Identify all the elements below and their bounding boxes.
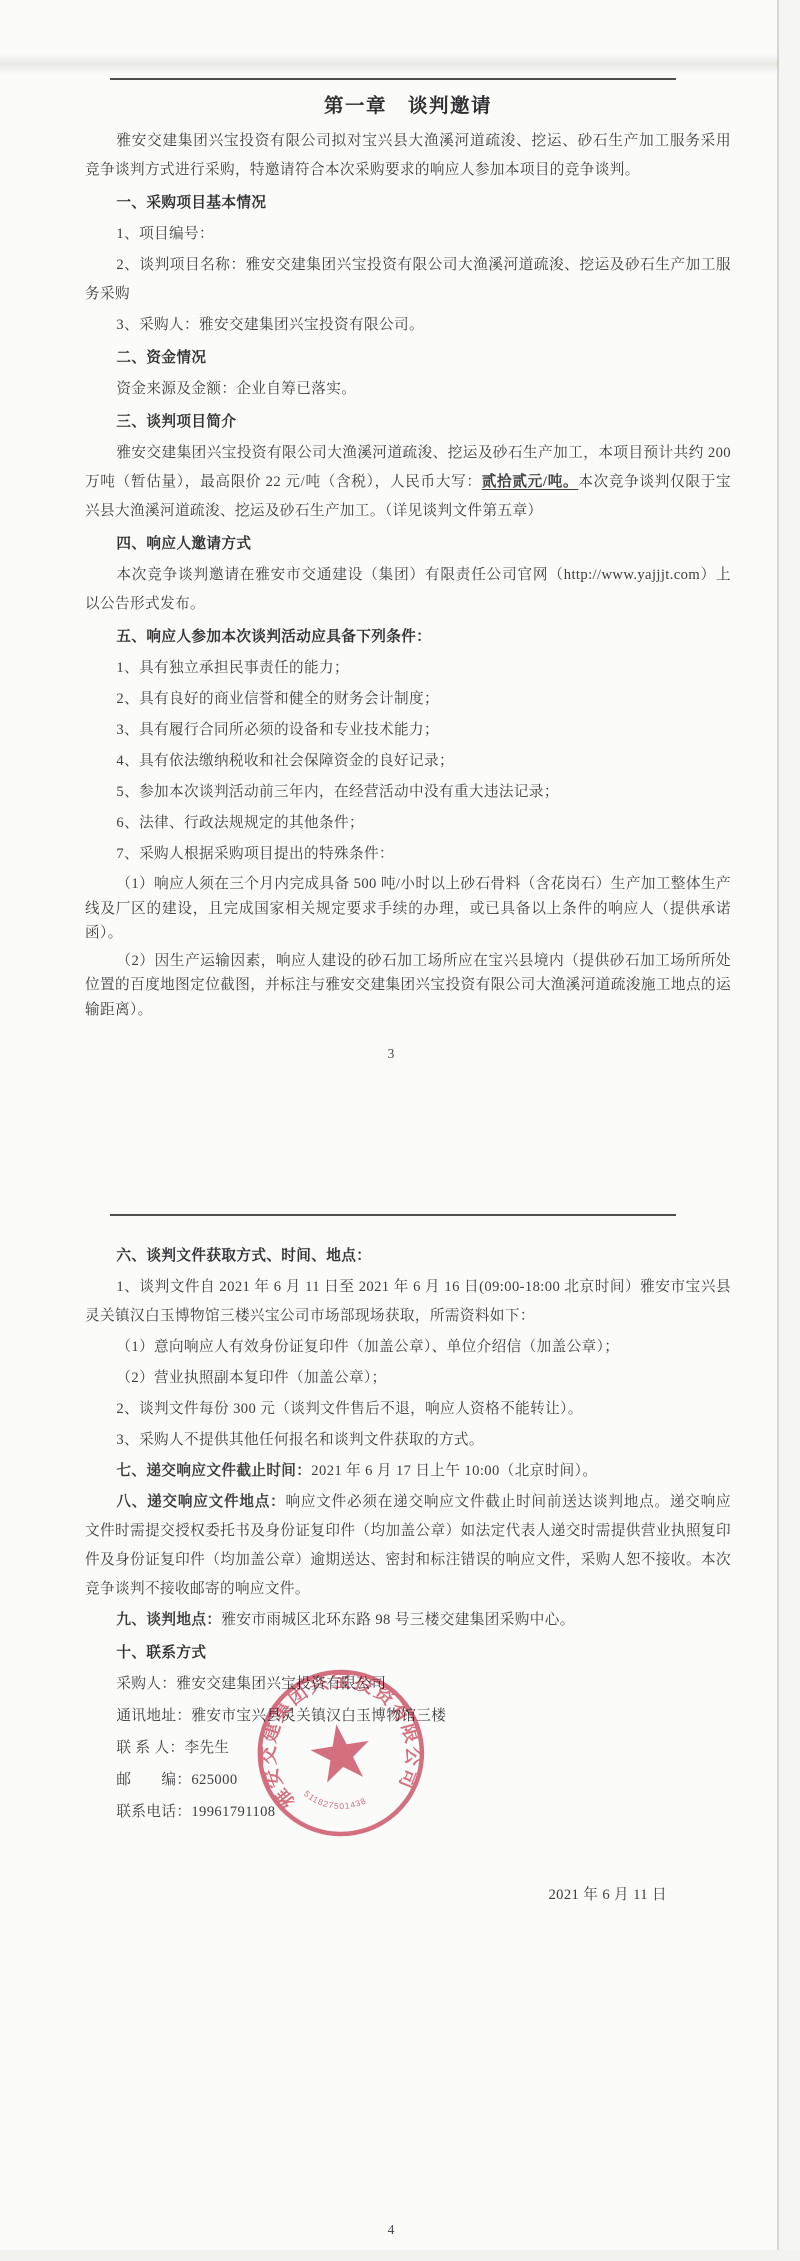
- page-1: 第一章 谈判邀请 雅安交建集团兴宝投资有限公司拟对宝兴县大渔溪河道疏浚、挖运、砂…: [85, 90, 731, 1025]
- text-run: 2、谈判项目名称：雅安交建集团兴宝投资有限公司大渔溪河道疏浚、挖运及砂石生产加工…: [85, 257, 731, 302]
- text-run: 6、法律、行政法规规定的其他条件；: [116, 815, 364, 831]
- section-heading: 二、资金情况: [85, 344, 731, 373]
- section-heading: 一、采购项目基本情况: [85, 189, 731, 218]
- page-number: 4: [85, 2222, 697, 2238]
- text-run: 雅安市雨城区北环东路 98 号三楼交建集团采购中心。: [221, 1612, 574, 1628]
- text-run: 本次竞争谈判邀请在雅安市交通建设（集团）有限责任公司官网（http://www.…: [85, 567, 731, 612]
- text-run: 八、递交响应文件地点：: [116, 1494, 285, 1510]
- scanned-document: 第一章 谈判邀请 雅安交建集团兴宝投资有限公司拟对宝兴县大渔溪河道疏浚、挖运、砂…: [0, 0, 800, 2261]
- document-date: 2021 年 6 月 11 日: [85, 1881, 731, 1910]
- text-run: （1）响应人须在三个月内完成具备 500 吨/小时以上砂石骨料（含花岗石）生产加…: [85, 876, 731, 941]
- text-run: 4、具有依法缴纳税收和社会保障资金的良好记录；: [116, 753, 454, 769]
- text-run: 资金来源及金额：企业自筹已落实。: [116, 381, 356, 397]
- paragraph: 1、项目编号：: [85, 220, 731, 249]
- text-run: 联系电话：19961791108: [116, 1804, 275, 1820]
- text-run: 贰拾贰元/吨。: [482, 474, 579, 490]
- paragraph: （1）意向响应人有效身份证复印件（加盖公章）、单位介绍信（加盖公章）；: [85, 1333, 731, 1362]
- text-run: 二、资金情况: [116, 350, 206, 366]
- paragraph: 2、具有良好的商业信誉和健全的财务会计制度；: [85, 685, 731, 714]
- paragraph: 6、法律、行政法规规定的其他条件；: [85, 809, 731, 838]
- paragraph: （2）因生产运输因素，响应人建设的砂石加工场所应在宝兴县境内（提供砂石加工场所所…: [85, 949, 731, 1023]
- text-run: 3、具有履行合同所必须的设备和专业技术能力；: [116, 722, 439, 738]
- paragraph: 5、参加本次谈判活动前三年内，在经营活动中没有重大违法记录；: [85, 778, 731, 807]
- text-run: （2）因生产运输因素，响应人建设的砂石加工场所应在宝兴县境内（提供砂石加工场所所…: [85, 953, 731, 1018]
- paragraph: 3、采购人：雅安交建集团兴宝投资有限公司。: [85, 311, 731, 340]
- text-run: 2、谈判文件每份 300 元（谈判文件售后不退，响应人资格不能转让）。: [116, 1401, 582, 1417]
- page-edge-line: [777, 0, 779, 2261]
- text-run: 联 系 人：李先生: [116, 1740, 229, 1756]
- text-run: 七、递交响应文件截止时间：: [116, 1463, 311, 1479]
- text-run: 五、响应人参加本次谈判活动应具备下列条件：: [116, 629, 431, 645]
- paragraph: 1、谈判文件自 2021 年 6 月 11 日至 2021 年 6 月 16 日…: [85, 1273, 731, 1331]
- paragraph: 本次竞争谈判邀请在雅安市交通建设（集团）有限责任公司官网（http://www.…: [85, 561, 731, 619]
- page-edge-shadow: [779, 0, 800, 2261]
- text-run: 7、采购人根据采购项目提出的特殊条件：: [116, 846, 394, 862]
- text-run: 三、谈判项目简介: [116, 414, 236, 430]
- paragraph: 八、递交响应文件地点：响应文件必须在递交响应文件截止时间前送达谈判地点。递交响应…: [85, 1488, 731, 1604]
- paragraph: 1、具有独立承担民事责任的能力；: [85, 654, 731, 683]
- paragraph: 九、谈判地点：雅安市雨城区北环东路 98 号三楼交建集团采购中心。: [85, 1606, 731, 1635]
- text-run: 雅安交建集团兴宝投资有限公司拟对宝兴县大渔溪河道疏浚、挖运、砂石生产加工服务采用…: [85, 133, 731, 178]
- chapter-title: 第一章 谈判邀请: [85, 90, 731, 118]
- text-run: 1、具有独立承担民事责任的能力；: [116, 660, 349, 676]
- text-run: 九、谈判地点：: [116, 1612, 221, 1628]
- paragraph: 4、具有依法缴纳税收和社会保障资金的良好记录；: [85, 747, 731, 776]
- page1-header-rule: [110, 78, 676, 80]
- scan-artifact-band: [0, 54, 800, 74]
- text-run: 2021 年 6 月 17 日上午 10:00（北京时间）。: [311, 1463, 597, 1479]
- text-run: 1、谈判文件自 2021 年 6 月 11 日至 2021 年 6 月 16 日…: [85, 1279, 731, 1324]
- section-heading: 六、谈判文件获取方式、时间、地点：: [85, 1242, 731, 1271]
- paragraph: 2、谈判项目名称：雅安交建集团兴宝投资有限公司大渔溪河道疏浚、挖运及砂石生产加工…: [85, 251, 731, 309]
- section-heading: 四、响应人邀请方式: [85, 530, 731, 559]
- text-run: 四、响应人邀请方式: [116, 536, 251, 552]
- text-run: （2）营业执照副本复印件（加盖公章）；: [116, 1370, 386, 1386]
- paragraph: 3、采购人不提供其他任何报名和谈判文件获取的方式。: [85, 1426, 731, 1455]
- paragraph: 2、谈判文件每份 300 元（谈判文件售后不退，响应人资格不能转让）。: [85, 1395, 731, 1424]
- star-icon: [307, 1720, 374, 1785]
- page-number: 3: [85, 1046, 697, 1062]
- scan-artifact-bottom: [0, 2250, 800, 2261]
- text-run: 十、联系方式: [116, 1645, 206, 1661]
- paragraph: 七、递交响应文件截止时间：2021 年 6 月 17 日上午 10:00（北京时…: [85, 1457, 731, 1486]
- text-run: 一、采购项目基本情况: [116, 195, 266, 211]
- paragraph: （1）响应人须在三个月内完成具备 500 吨/小时以上砂石骨料（含花岗石）生产加…: [85, 872, 731, 946]
- paragraph: 7、采购人根据采购项目提出的特殊条件：: [85, 840, 731, 869]
- text-run: 5、参加本次谈判活动前三年内，在经营活动中没有重大违法记录；: [116, 784, 559, 800]
- section-heading: 三、谈判项目简介: [85, 408, 731, 437]
- official-seal-stamp: 雅安交建集团兴宝投资有限公司 511827501438: [235, 1645, 447, 1863]
- text-run: （1）意向响应人有效身份证复印件（加盖公章）、单位介绍信（加盖公章）；: [116, 1339, 619, 1355]
- paragraph: 雅安交建集团兴宝投资有限公司拟对宝兴县大渔溪河道疏浚、挖运、砂石生产加工服务采用…: [85, 127, 731, 185]
- text-run: 六、谈判文件获取方式、时间、地点：: [116, 1248, 371, 1264]
- paragraph: 雅安交建集团兴宝投资有限公司大渔溪河道疏浚、挖运及砂石生产加工，本项目预计共约 …: [85, 439, 731, 526]
- text-run: 邮 编：625000: [116, 1772, 237, 1788]
- text-run: 3、采购人不提供其他任何报名和谈判文件获取的方式。: [116, 1432, 484, 1448]
- text-run: 1、项目编号：: [116, 226, 214, 242]
- text-run: 2、具有良好的商业信誉和健全的财务会计制度；: [116, 691, 439, 707]
- paragraph: （2）营业执照副本复印件（加盖公章）；: [85, 1364, 731, 1393]
- paragraph: 资金来源及金额：企业自筹已落实。: [85, 375, 731, 404]
- text-run: 3、采购人：雅安交建集团兴宝投资有限公司。: [116, 317, 424, 333]
- section-heading: 五、响应人参加本次谈判活动应具备下列条件：: [85, 623, 731, 652]
- page-1-body: 雅安交建集团兴宝投资有限公司拟对宝兴县大渔溪河道疏浚、挖运、砂石生产加工服务采用…: [85, 127, 731, 1022]
- paragraph: 3、具有履行合同所必须的设备和专业技术能力；: [85, 716, 731, 745]
- seal-graphic: 雅安交建集团兴宝投资有限公司 511827501438: [235, 1645, 447, 1863]
- seal-code-text: 511827501438: [301, 1780, 369, 1818]
- page2-header-rule: [110, 1214, 676, 1216]
